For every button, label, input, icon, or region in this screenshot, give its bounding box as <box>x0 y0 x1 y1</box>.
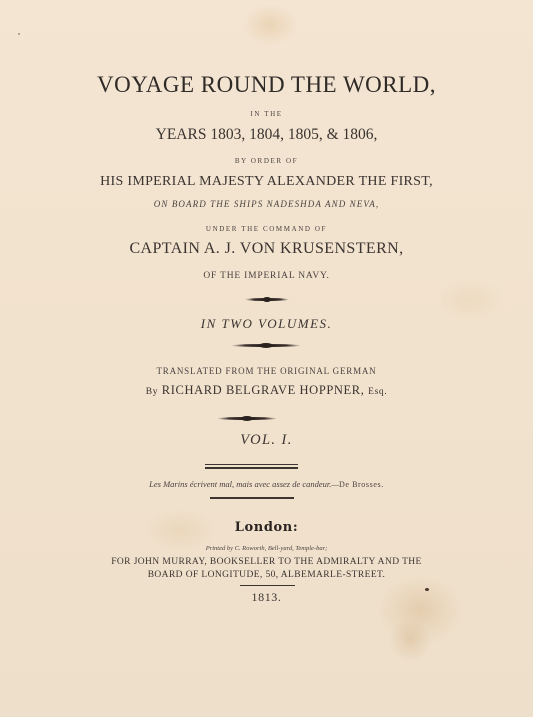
double-rule-thin <box>205 464 298 465</box>
imprint-city: London: <box>0 520 533 535</box>
voyage-years: YEARS 1803, 1804, 1805, & 1806, <box>0 126 533 144</box>
printer-line: Printed by C. Roworth, Bell-yard, Temple… <box>0 545 533 552</box>
volumes-note: IN TWO VOLUMES. <box>0 316 533 332</box>
author-name: CAPTAIN A. J. VON KRUSENSTERN, <box>0 240 533 258</box>
translator-prefix: By <box>146 387 158 397</box>
patron-line: HIS IMPERIAL MAJESTY ALEXANDER THE FIRST… <box>0 174 533 190</box>
rule <box>210 497 294 499</box>
foxing-spot <box>425 588 429 591</box>
publication-year: 1813. <box>0 590 533 605</box>
publisher-line-1: FOR JOHN MURRAY, BOOKSELLER TO THE ADMIR… <box>0 557 533 567</box>
foxing-spot <box>18 33 20 35</box>
epigraph-text: Les Marins écrivent mal, mais avec assez… <box>149 479 339 489</box>
epigraph: Les Marins écrivent mal, mais avec assez… <box>0 479 533 489</box>
volume-number: VOL. I. <box>0 432 533 449</box>
book-title: VOYAGE ROUND THE WORLD, <box>0 72 533 98</box>
ships-line: ON BOARD THE SHIPS NADESHDA AND NEVA, <box>0 199 533 209</box>
publisher-line-2: BOARD OF LONGITUDE, 50, ALBEMARLE-STREET… <box>0 570 533 580</box>
double-rule-thick <box>205 467 298 469</box>
translation-note: TRANSLATED FROM THE ORIGINAL GERMAN <box>0 366 533 376</box>
translator-suffix: Esq. <box>368 387 387 397</box>
under-command-text: UNDER THE COMMAND OF <box>0 225 533 233</box>
ornamental-rule <box>245 298 289 301</box>
epigraph-author: De Brosses. <box>339 480 384 489</box>
translator-name: RICHARD BELGRAVE HOPPNER, <box>158 383 368 397</box>
translator-line: By RICHARD BELGRAVE HOPPNER, Esq. <box>0 383 533 398</box>
ornamental-rule <box>231 344 301 347</box>
ornamental-rule <box>217 417 277 420</box>
author-rank: OF THE IMPERIAL NAVY. <box>0 271 533 281</box>
in-the-text: IN THE <box>0 110 533 118</box>
by-order-text: BY ORDER OF <box>0 157 533 165</box>
title-page: VOYAGE ROUND THE WORLD, IN THE YEARS 180… <box>0 0 533 717</box>
short-rule <box>240 585 295 586</box>
